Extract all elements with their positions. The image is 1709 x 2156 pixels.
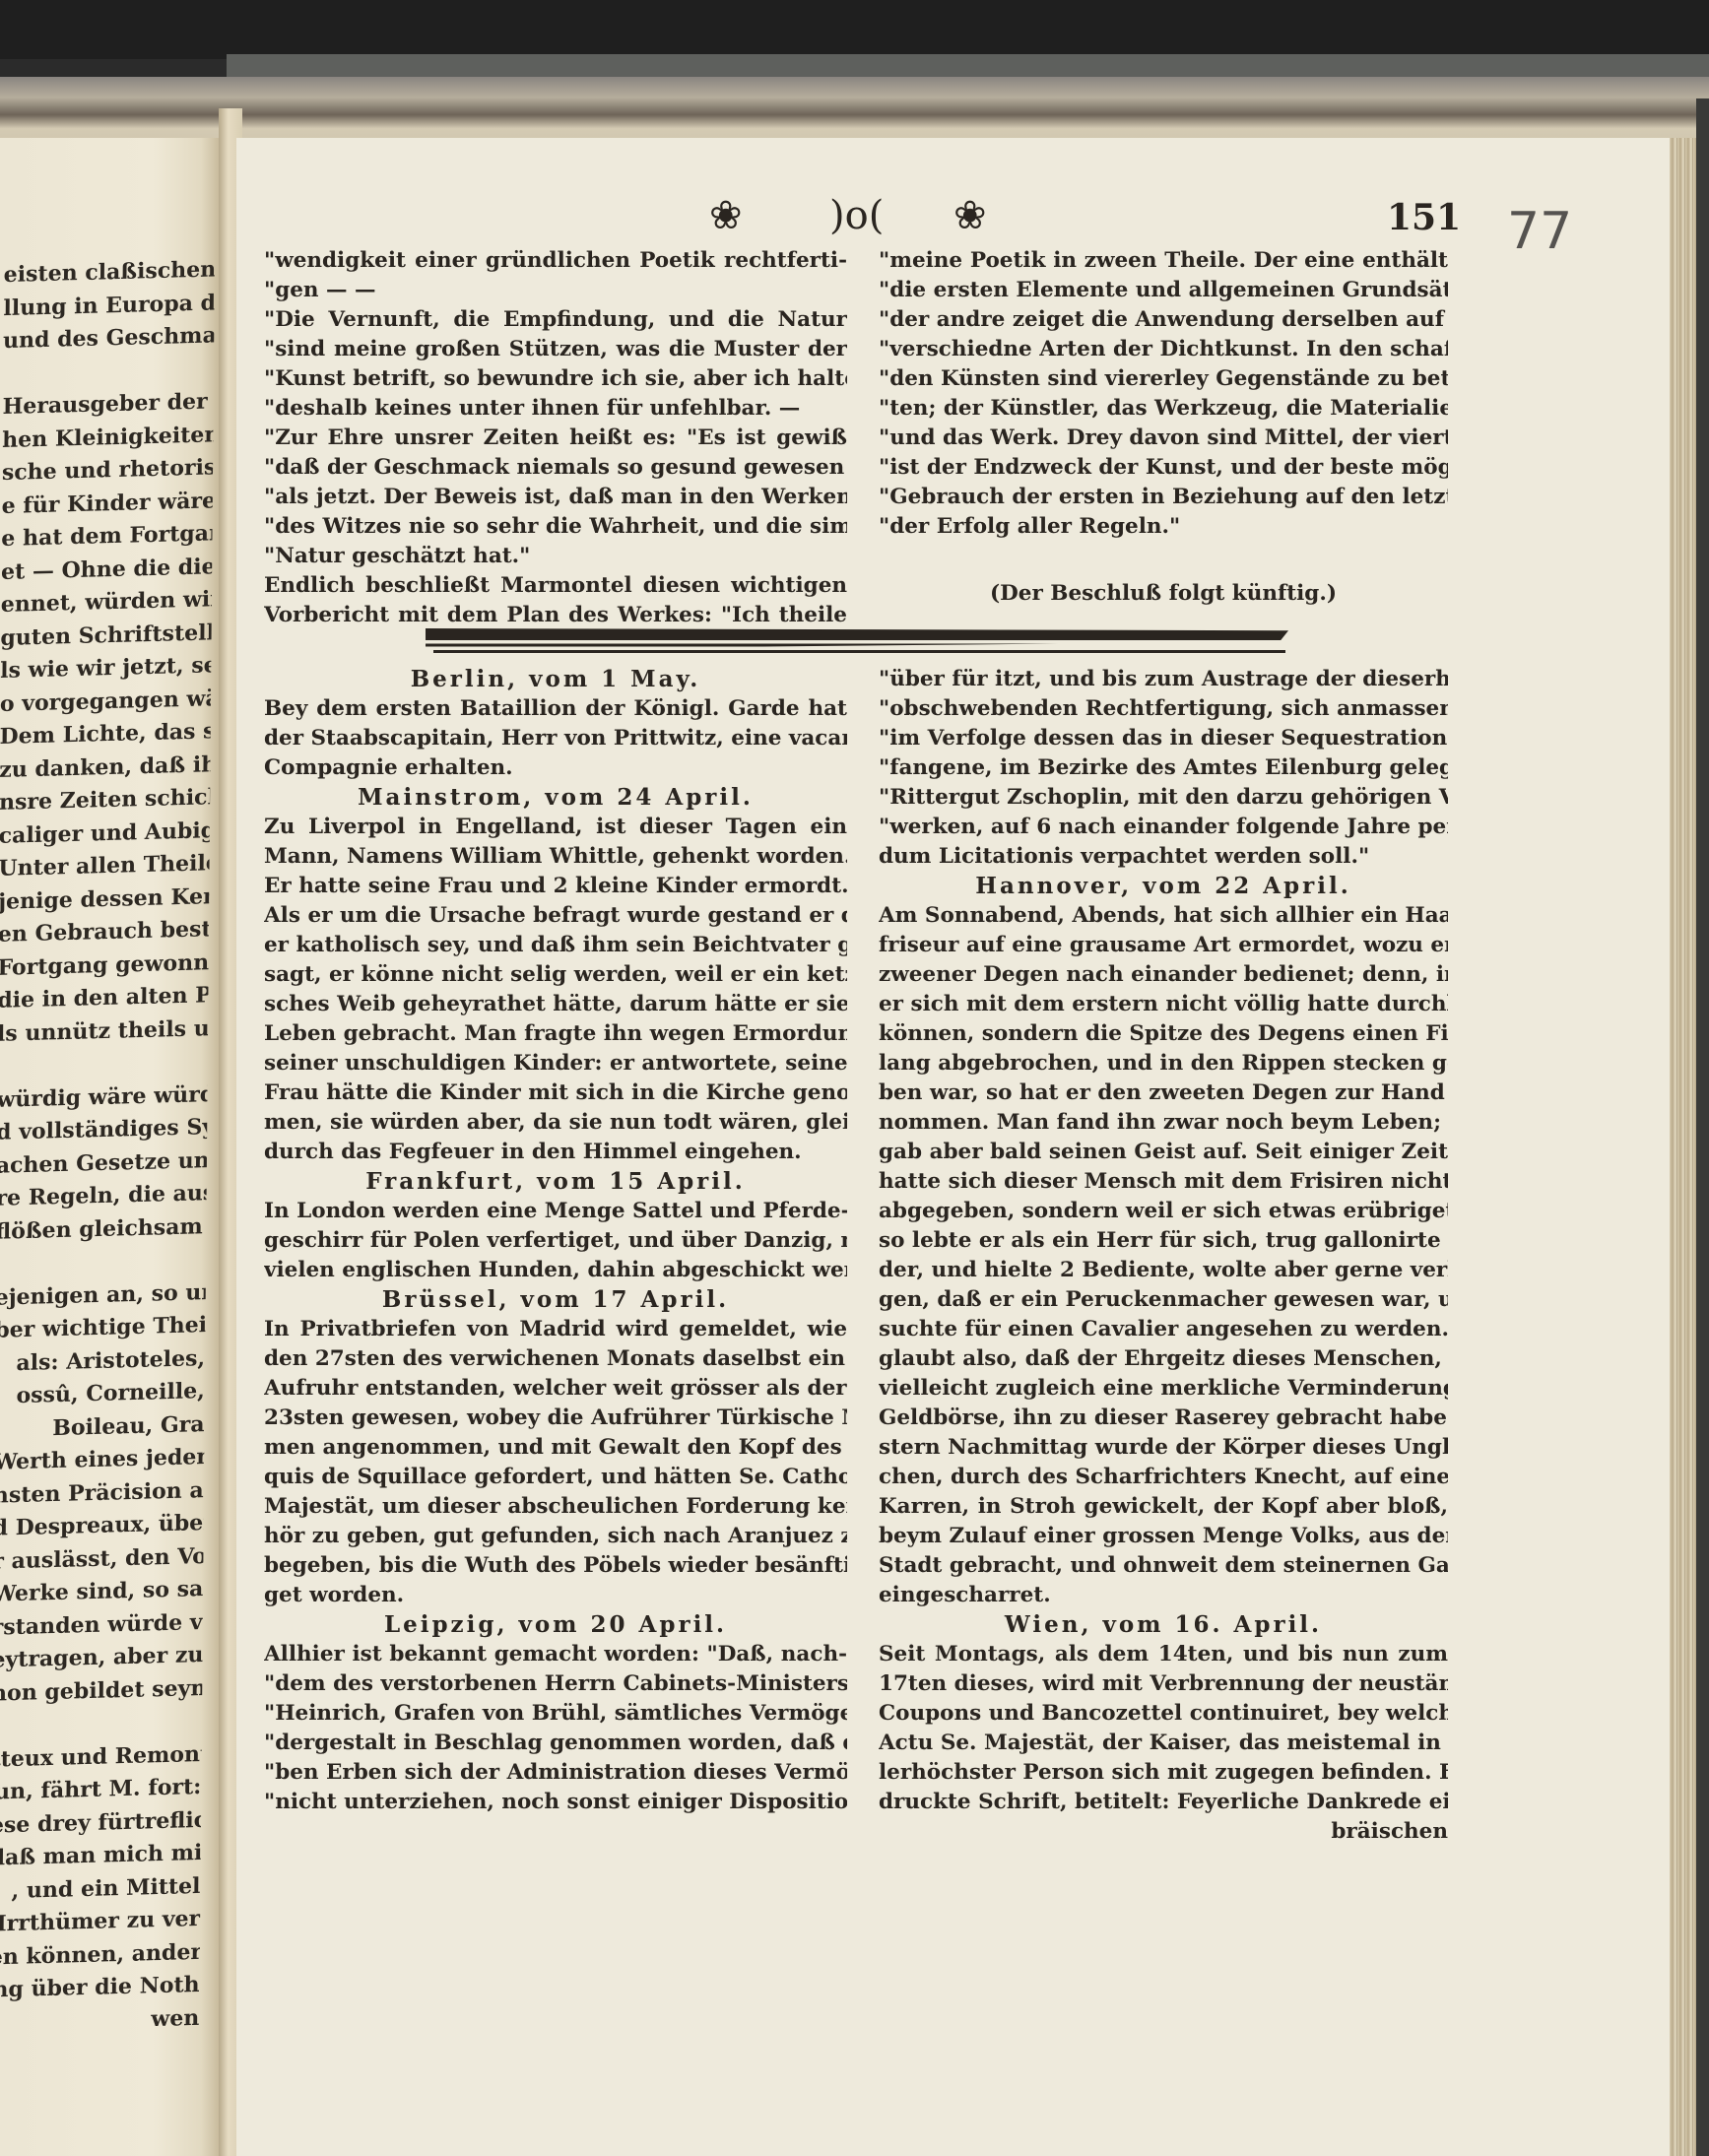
- text-line: "Gebrauch der ersten in Beziehung auf de…: [879, 483, 1448, 512]
- fragment-line: caliger und Aubignac: [0, 815, 210, 853]
- fragment-line: Herausgeber der al: [2, 385, 213, 424]
- text-line: "Zur Ehre unsrer Zeiten heißt es: "Es is…: [264, 424, 847, 453]
- article-line: lerhöchster Person sich mit zugegen befi…: [879, 1758, 1448, 1788]
- news-left-column: Berlin, vom 1 May.Bey dem ersten Bataill…: [264, 665, 847, 1817]
- article-line: Bey dem ersten Bataillion der Königl. Ga…: [264, 694, 847, 724]
- article-line: In London werden eine Menge Sattel und P…: [264, 1197, 847, 1226]
- article-line: der Staabscapitain, Herr von Prittwitz, …: [264, 724, 847, 753]
- article-line: stern Nachmittag wurde der Körper dieses…: [879, 1433, 1448, 1463]
- fragment-line: ennet, würden wir: [1, 583, 212, 621]
- fragment-line: Fortgang gewonnen: [0, 947, 209, 985]
- article-line: Coupons und Bancozettel continuiret, bey…: [879, 1699, 1448, 1729]
- article-line: "nicht unterziehen, noch sonst einiger D…: [264, 1788, 847, 1817]
- fragment-line: als: Aristoteles,: [0, 1342, 205, 1381]
- article-line: "im Verfolge dessen das in dieser Seques…: [879, 724, 1448, 753]
- paragraph-gap: [3, 353, 214, 391]
- fragment-line: o vorgegangen wären: [0, 683, 211, 721]
- text-line: "ist der Endzweck der Kunst, und der bes…: [879, 453, 1448, 483]
- text-line: "Die Vernunft, die Empfindung, und die N…: [264, 305, 847, 335]
- article-line: abgegeben, sondern weil er sich etwas er…: [879, 1197, 1448, 1226]
- catchword: bräischen: [879, 1817, 1448, 1847]
- dateline-heading: Hannover, vom 22 April.: [879, 872, 1448, 901]
- fragment-line: r auslässt, den Vor: [0, 1540, 204, 1579]
- article-line: "über für itzt, und bis zum Austrage der…: [879, 665, 1448, 694]
- dateline-heading: Brüssel, vom 17 April.: [264, 1285, 847, 1315]
- article-line: Aufruhr entstanden, welcher weit grösser…: [264, 1374, 847, 1404]
- article-line: "Heinrich, Grafen von Brühl, sämtliches …: [264, 1699, 847, 1729]
- text-line: "verschiedne Arten der Dichtkunst. In de…: [879, 335, 1448, 364]
- article-line: beym Zulauf einer grossen Menge Volks, a…: [879, 1522, 1448, 1551]
- article-line: sagt, er könne nicht selig werden, weil …: [264, 960, 847, 990]
- text-line: "ten; der Künstler, das Werkzeug, die Ma…: [879, 394, 1448, 424]
- article-line: Actu Se. Majestät, der Kaiser, das meist…: [879, 1729, 1448, 1758]
- article-line: Allhier ist bekannt gemacht worden: "Daß…: [264, 1640, 847, 1669]
- fragment-line: eytragen, aber zum: [0, 1639, 203, 1677]
- article-line: friseur auf eine grausame Art ermordet, …: [879, 931, 1448, 960]
- fragment-line: nsten Präcision an,: [0, 1474, 204, 1513]
- fragment-line: Werke sind, so sagt: [0, 1573, 203, 1611]
- article-continuation-left-column: "wendigkeit einer gründlichen Poetik rec…: [264, 246, 847, 630]
- news-right-column: "über für itzt, und bis zum Austrage der…: [879, 665, 1448, 1847]
- text-line: "als jetzt. Der Beweis ist, daß man in d…: [264, 483, 847, 512]
- fragment-line: ls unnütz theils un: [0, 1013, 208, 1051]
- article-line: nommen. Man fand ihn zwar noch beym Lebe…: [879, 1108, 1448, 1138]
- fragment-line: en Gebrauch beständ: [0, 913, 209, 951]
- text-line: "der Erfolg aller Regeln.": [879, 512, 1448, 542]
- text-line: "Natur geschätzt hat.": [264, 542, 847, 571]
- article-line: Als er um die Ursache befragt wurde gest…: [264, 901, 847, 931]
- fragment-line: jenige dessen Kennt: [0, 881, 209, 919]
- shell-ornament-icon: ❀: [953, 192, 987, 239]
- article-line: hatte sich dieser Mensch mit dem Frisire…: [879, 1167, 1448, 1197]
- fragment-line: eisten claßischen Bü: [4, 254, 215, 293]
- fragment-line: guten Schriftsteller: [0, 617, 211, 655]
- article-line: geschirr für Polen verfertiget, und über…: [264, 1226, 847, 1256]
- fragment-line: d vollständiges Sy: [0, 1111, 207, 1149]
- article-line: "Rittergut Zschoplin, mit den darzu gehö…: [879, 783, 1448, 813]
- manuscript-folio-number: 77: [1507, 202, 1572, 261]
- article-line: lang abgebrochen, und in den Rippen stec…: [879, 1049, 1448, 1078]
- text-line: "und das Werk. Drey davon sind Mittel, d…: [879, 424, 1448, 453]
- article-line: dum Licitationis verpachtet werden soll.…: [879, 842, 1448, 872]
- page-number: 151: [1387, 197, 1461, 238]
- fragment-line: tteux und Remont: [0, 1737, 202, 1776]
- article-line: Geldbörse, ihn zu dieser Raserey gebrach…: [879, 1404, 1448, 1433]
- paragraph-gap: [0, 1243, 206, 1281]
- article-line: 23sten gewesen, wobey die Aufrührer Türk…: [264, 1404, 847, 1433]
- article-line: Compagnie erhalten.: [264, 753, 847, 783]
- article-line: gab aber bald seinen Geist auf. Seit ein…: [879, 1138, 1448, 1167]
- fragment-line: rstanden würde viel: [0, 1606, 203, 1645]
- article-line: Karren, in Stroh gewickelt, der Kopf abe…: [879, 1492, 1448, 1522]
- article-line: eingescharret.: [879, 1581, 1448, 1610]
- dateline-heading: Frankfurt, vom 15 April.: [264, 1167, 847, 1197]
- article-line: "werken, auf 6 nach einander folgende Ja…: [879, 813, 1448, 842]
- fragment-line: et — Ohne die die: [1, 551, 212, 589]
- article-line: vielen englischen Hunden, dahin abgeschi…: [264, 1256, 847, 1285]
- fragment-line: wen: [0, 2001, 199, 2040]
- text-line: "den Künsten sind viererley Gegenstände …: [879, 364, 1448, 394]
- article-line: der, und hielte 2 Bediente, wolte aber g…: [879, 1256, 1448, 1285]
- fragment-line: ng über die Noth: [0, 1969, 200, 2007]
- article-line: Seit Montags, als dem 14ten, und bis nun…: [879, 1640, 1448, 1669]
- article-line: druckte Schrift, betitelt: Feyerliche Da…: [879, 1788, 1448, 1817]
- fragment-line: zu danken, daß ihre: [0, 749, 211, 787]
- fragment-line: und des Geschmacks: [3, 319, 214, 358]
- text-line: Endlich beschließt Marmontel diesen wich…: [264, 571, 847, 601]
- article-line: er sich mit dem erstern nicht völlig hat…: [879, 990, 1448, 1019]
- article-line: Zu Liverpol in Engelland, ist dieser Tag…: [264, 813, 847, 842]
- article-line: können, sondern die Spitze des Degens ei…: [879, 1019, 1448, 1049]
- article-line: suchte für einen Cavalier angesehen zu w…: [879, 1315, 1448, 1344]
- article-line: chen, durch des Scharfrichters Knecht, a…: [879, 1463, 1448, 1492]
- paragraph-gap: [0, 1045, 208, 1083]
- article-line: 17ten dieses, wird mit Verbrennung der n…: [879, 1669, 1448, 1699]
- article-line: men, sie würden aber, da sie nun todt wä…: [264, 1108, 847, 1138]
- paragraph-gap: [0, 1705, 202, 1743]
- dateline-heading: Leipzig, vom 20 April.: [264, 1610, 847, 1640]
- article-line: vielleicht zugleich eine merkliche Vermi…: [879, 1374, 1448, 1404]
- article-line: durch das Fegfeuer in den Himmel eingehe…: [264, 1138, 847, 1167]
- text-line: "der andre zeiget die Anwendung derselbe…: [879, 305, 1448, 335]
- article-line: "fangene, im Bezirke des Amtes Eilenburg…: [879, 753, 1448, 783]
- text-line: "des Witzes nie so sehr die Wahrheit, un…: [264, 512, 847, 542]
- fragment-line: en können, andern: [0, 1935, 200, 1974]
- fragment-line: achen Gesetze unter: [0, 1144, 207, 1183]
- fragment-line: llung in Europa den: [3, 287, 214, 325]
- fragment-line: daß man mich mit: [0, 1837, 201, 1875]
- running-head-center-glyph: )o(: [829, 192, 884, 239]
- text-line: "wendigkeit einer gründlichen Poetik rec…: [264, 246, 847, 276]
- article-line: "dem des verstorbenen Herrn Cabinets-Min…: [264, 1669, 847, 1699]
- fragment-line: hen Kleinigkeiten be: [2, 419, 213, 457]
- page-stack-top-edge: [0, 77, 1709, 146]
- article-line: Majestät, um dieser abscheulichen Forder…: [264, 1492, 847, 1522]
- article-line: hör zu geben, gut gefunden, sich nach Ar…: [264, 1522, 847, 1551]
- running-head: ❀ )o( ❀: [709, 192, 1399, 241]
- shell-ornament-icon: ❀: [709, 192, 743, 239]
- article-line: Stadt gebracht, und ohnweit dem steinern…: [879, 1551, 1448, 1581]
- article-line: quis de Squillace gefordert, und hätten …: [264, 1463, 847, 1492]
- fragment-line: ber wichtige Theile: [0, 1309, 206, 1347]
- paragraph-gap: [879, 542, 1448, 571]
- fragment-line: Boileau, Gra: [0, 1408, 205, 1447]
- article-line: Er hatte seine Frau und 2 kleine Kinder …: [264, 872, 847, 901]
- article-line: Mann, Namens William Whittle, gehenkt wo…: [264, 842, 847, 872]
- fragment-line: e für Kinder wären.: [1, 485, 212, 523]
- article-line: den 27sten des verwichenen Monats daselb…: [264, 1344, 847, 1374]
- article-line: er katholisch sey, und daß ihm sein Beic…: [264, 931, 847, 960]
- article-line: glaubt also, daß der Ehrgeitz dieses Men…: [879, 1344, 1448, 1374]
- fragment-line: flößen gleichsam die: [0, 1210, 206, 1249]
- fragment-line: Unter allen Theilen: [0, 847, 210, 885]
- fragment-line: e hat dem Fortgange: [1, 517, 212, 555]
- fragment-line: ossû, Corneille,: [0, 1375, 205, 1413]
- continuation-note: (Der Beschluß folgt künftig.): [879, 579, 1448, 609]
- text-line: "die ersten Elemente und allgemeinen Gru…: [879, 276, 1448, 305]
- article-line: zweener Degen nach einander bedienet; de…: [879, 960, 1448, 990]
- text-line: "gen — —: [264, 276, 847, 305]
- article-line: gen, daß er ein Peruckenmacher gewesen w…: [879, 1285, 1448, 1315]
- text-line: "daß der Geschmack niemals so gesund gew…: [264, 453, 847, 483]
- scan-border: [1696, 98, 1709, 2156]
- fragment-line: ls wie wir jetzt, seyn,: [0, 649, 211, 687]
- article-line: Am Sonnabend, Abends, hat sich allhier e…: [879, 901, 1448, 931]
- article-continuation-right-column: "meine Poetik in zween Theile. Der eine …: [879, 246, 1448, 609]
- left-page-text-fragment: eisten claßischen Büllung in Europa denu…: [0, 254, 215, 2041]
- fragment-line: die in den alten Poe: [0, 979, 209, 1017]
- fragment-line: un, fährt M. fort:: [0, 1771, 202, 1809]
- fragment-line: Werth eines jeden: [0, 1441, 204, 1479]
- article-line: sches Weib geheyrathet hätte, darum hätt…: [264, 990, 847, 1019]
- article-line: get worden.: [264, 1581, 847, 1610]
- dateline-heading: Wien, vom 16. April.: [879, 1610, 1448, 1640]
- fragment-line: , und ein Mittel: [0, 1869, 201, 1908]
- article-line: Frau hätte die Kinder mit sich in die Ki…: [264, 1078, 847, 1108]
- article-line: Leben gebracht. Man fragte ihn wegen Erm…: [264, 1019, 847, 1049]
- text-line: "Kunst betrift, so bewundre ich sie, abe…: [264, 364, 847, 394]
- fragment-line: Irrthümer zu ver: [0, 1903, 200, 1941]
- fragment-line: hon gebildet seyn,: [0, 1672, 202, 1711]
- dateline-heading: Mainstrom, vom 24 April.: [264, 783, 847, 813]
- article-line: "dergestalt in Beschlag genommen worden,…: [264, 1729, 847, 1758]
- section-divider-underline: [433, 650, 1285, 653]
- fragment-line: d Despreaux, über: [0, 1507, 204, 1545]
- article-line: ben war, so hat er den zweeten Degen zur…: [879, 1078, 1448, 1108]
- fragment-line: ejenigen an, so uns: [0, 1276, 206, 1315]
- article-line: "obschwebenden Rechtfertigung, sich anma…: [879, 694, 1448, 724]
- text-line: Vorbericht mit dem Plan des Werkes: "Ich…: [264, 601, 847, 630]
- scan-background: [0, 0, 1709, 59]
- fragment-line: ese drey fürtrefliche: [0, 1803, 201, 1842]
- text-line: "meine Poetik in zween Theile. Der eine …: [879, 246, 1448, 276]
- fragment-line: würdig wäre würde: [0, 1078, 208, 1117]
- article-line: In Privatbriefen von Madrid wird gemelde…: [264, 1315, 847, 1344]
- article-line: begeben, bis die Wuth des Pöbels wieder …: [264, 1551, 847, 1581]
- fragment-line: sche und rhetorische: [2, 451, 213, 490]
- fragment-line: nsre Zeiten schicken.": [0, 781, 210, 819]
- text-line: "deshalb keines unter ihnen für unfehlba…: [264, 394, 847, 424]
- article-line: so lebte er als ein Herr für sich, trug …: [879, 1226, 1448, 1256]
- article-line: men angenommen, und mit Gewalt den Kopf …: [264, 1433, 847, 1463]
- dateline-heading: Berlin, vom 1 May.: [264, 665, 847, 694]
- fragment-line: re Regeln, die aus: [0, 1177, 207, 1215]
- article-line: seiner unschuldigen Kinder: er antwortet…: [264, 1049, 847, 1078]
- article-line: "ben Erben sich der Administration diese…: [264, 1758, 847, 1788]
- fragment-line: Dem Lichte, das sie: [0, 715, 211, 753]
- text-line: "sind meine großen Stützen, was die Must…: [264, 335, 847, 364]
